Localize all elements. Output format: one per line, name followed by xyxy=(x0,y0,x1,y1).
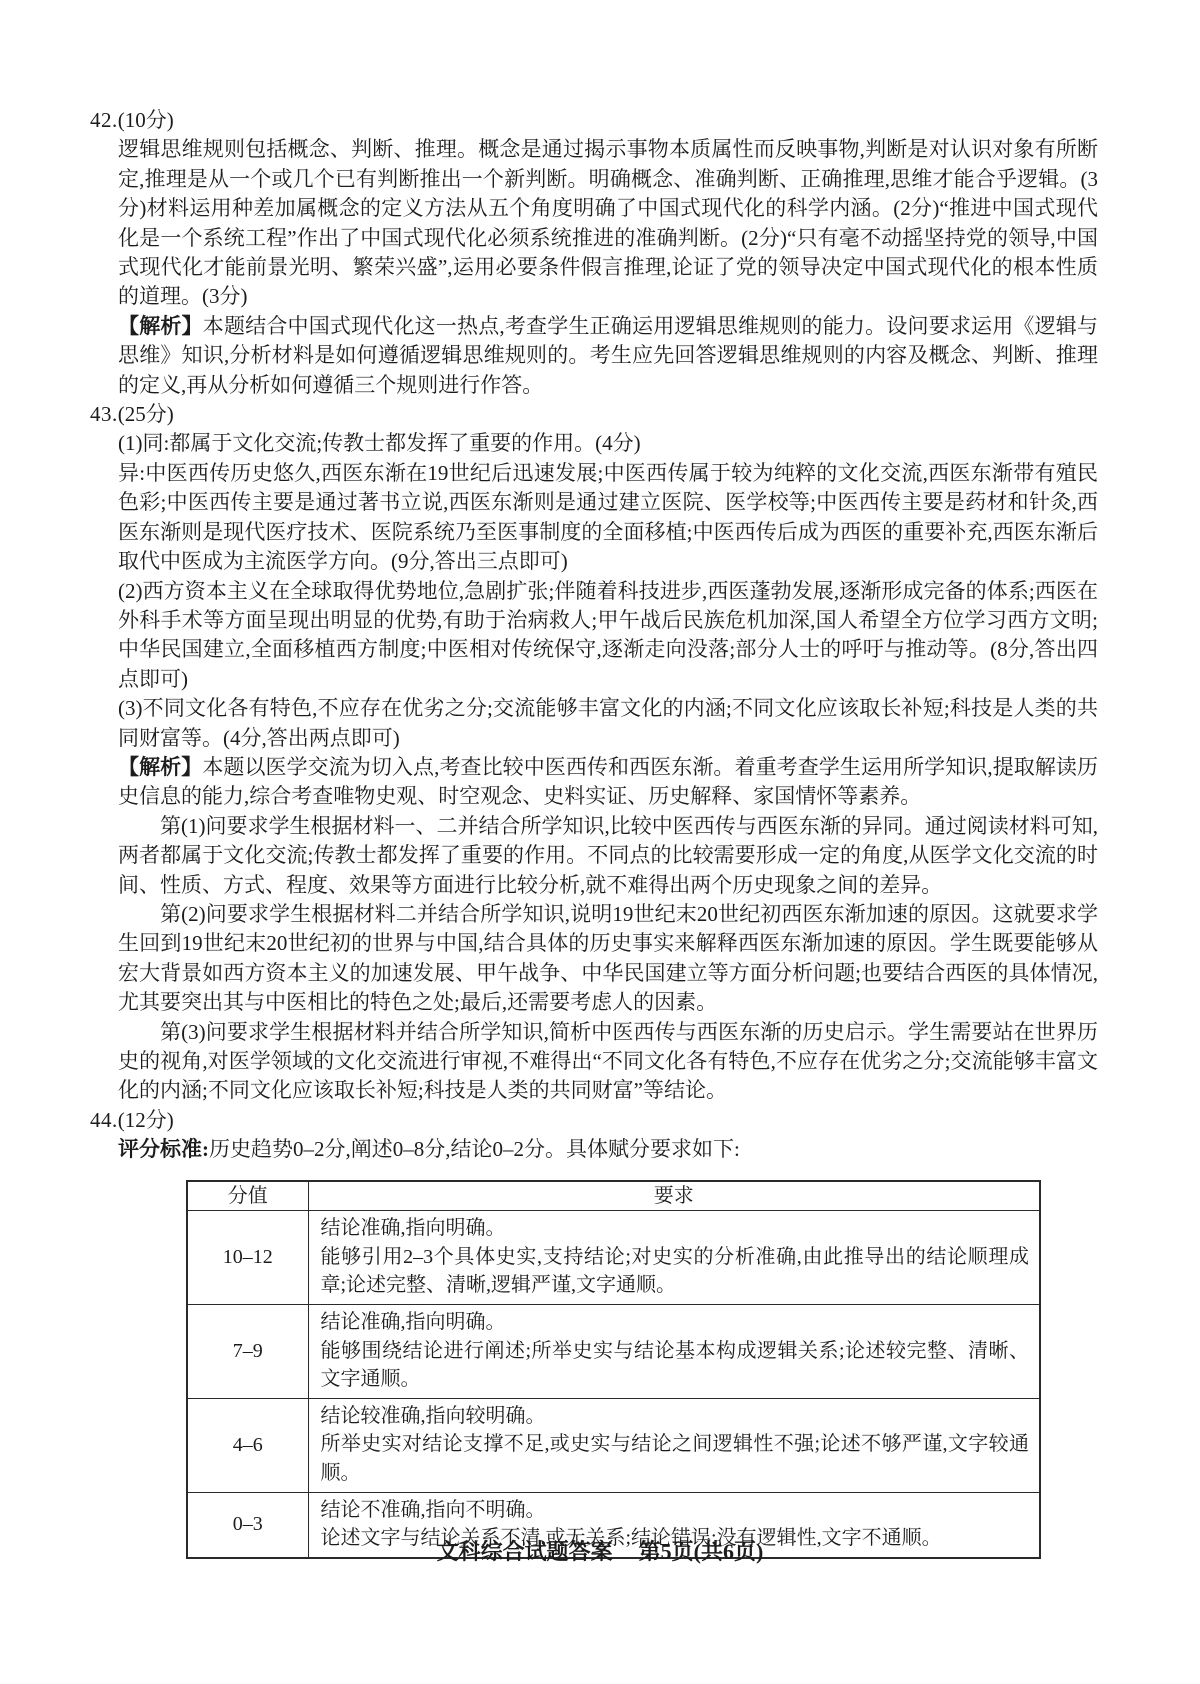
requirement-line: 能够围绕结论进行阐述;所举史实与结论基本构成逻辑关系;论述较完整、清晰、文字通顺… xyxy=(321,1337,1030,1394)
paragraph: 第(3)问要求学生根据材料并结合所学知识,简析中医西传与西医东渐的历史启示。学生… xyxy=(118,1018,1098,1106)
question-44-header: 44.(12分) xyxy=(90,1106,1098,1135)
question-44-section: 44.(12分) 评分标准:历史趋势0–2分,阐述0–8分,结论0–2分。具体赋… xyxy=(118,1106,1098,1559)
rubric-row: 4–6结论较准确,指向较明确。所举史实对结论支撑不足,或史实与结论之间逻辑性不强… xyxy=(187,1398,1040,1492)
answers-content: 42.(10分) 逻辑思维规则包括概念、判断、推理。概念是通过揭示事物本质属性而… xyxy=(0,0,1200,1559)
question-43-header: 43.(25分) xyxy=(90,400,1098,429)
question-42-paragraphs: 逻辑思维规则包括概念、判断、推理。概念是通过揭示事物本质属性而反映事物,判断是对… xyxy=(118,135,1098,400)
question-43-paragraphs: (1)同:都属于文化交流;传教士都发挥了重要的作用。(4分)异:中医西传历史悠久… xyxy=(118,429,1098,1105)
footer-document-title: 文科综合试题答案 xyxy=(437,1539,613,1564)
paragraph: 【解析】本题结合中国式现代化这一热点,考查学生正确运用逻辑思维规则的能力。设问要… xyxy=(118,312,1098,400)
page-footer: 文科综合试题答案第5页(共6页) xyxy=(0,1537,1200,1567)
rubric-row: 7–9结论准确,指向明确。能够围绕结论进行阐述;所举史实与结论基本构成逻辑关系;… xyxy=(187,1305,1040,1399)
question-number: 44. xyxy=(90,1108,118,1132)
requirement-cell: 结论较准确,指向较明确。所举史实对结论支撑不足,或史实与结论之间逻辑性不强;论述… xyxy=(308,1398,1040,1492)
question-44-paragraphs: 评分标准:历史趋势0–2分,阐述0–8分,结论0–2分。具体赋分要求如下: xyxy=(118,1135,1098,1164)
requirement-line: 结论不准确,指向不明确。 xyxy=(321,1496,1030,1525)
bold-label: 【解析】 xyxy=(118,314,203,338)
question-43-section: 43.(25分) (1)同:都属于文化交流;传教士都发挥了重要的作用。(4分)异… xyxy=(118,400,1098,1106)
question-points: (12分) xyxy=(118,1108,174,1132)
requirement-line: 结论准确,指向明确。 xyxy=(321,1308,1030,1337)
question-42-section: 42.(10分) 逻辑思维规则包括概念、判断、推理。概念是通过揭示事物本质属性而… xyxy=(118,106,1098,400)
paragraph: 评分标准:历史趋势0–2分,阐述0–8分,结论0–2分。具体赋分要求如下: xyxy=(118,1135,1098,1164)
score-cell: 7–9 xyxy=(187,1305,308,1399)
requirement-line: 所举史实对结论支撑不足,或史实与结论之间逻辑性不强;论述不够严谨,文字较通顺。 xyxy=(321,1430,1030,1487)
requirement-line: 能够引用2–3个具体史实,支持结论;对史实的分析准确,由此推导出的结论顺理成章;… xyxy=(321,1243,1030,1300)
question-points: (10分) xyxy=(118,108,174,132)
exam-answer-page: 42.(10分) 逻辑思维规则包括概念、判断、推理。概念是通过揭示事物本质属性而… xyxy=(0,0,1200,1684)
requirement-cell: 结论准确,指向明确。能够围绕结论进行阐述;所举史实与结论基本构成逻辑关系;论述较… xyxy=(308,1305,1040,1399)
paragraph: (2)西方资本主义在全球取得优势地位,急剧扩张;伴随着科技进步,西医蓬勃发展,逐… xyxy=(118,577,1098,695)
requirement-line: 结论较准确,指向较明确。 xyxy=(321,1402,1030,1431)
paragraph: 逻辑思维规则包括概念、判断、推理。概念是通过揭示事物本质属性而反映事物,判断是对… xyxy=(118,135,1098,311)
requirement-column-header: 要求 xyxy=(308,1181,1040,1211)
score-cell: 4–6 xyxy=(187,1398,308,1492)
paragraph: 【解析】本题以医学交流为切入点,考查比较中医西传和西医东渐。着重考查学生运用所学… xyxy=(118,753,1098,812)
paragraph: (1)同:都属于文化交流;传教士都发挥了重要的作用。(4分) xyxy=(118,429,1098,458)
paragraph: 第(2)问要求学生根据材料二并结合所学知识,说明19世纪末20世纪初西医东渐加速… xyxy=(118,900,1098,1018)
score-column-header: 分值 xyxy=(187,1181,308,1211)
paragraph: 异:中医西传历史悠久,西医东渐在19世纪后迅速发展;中医西传属于较为纯粹的文化交… xyxy=(118,459,1098,577)
bold-label: 评分标准: xyxy=(118,1137,209,1161)
bold-label: 【解析】 xyxy=(118,755,202,779)
score-cell: 10–12 xyxy=(187,1211,308,1305)
rubric-table-body: 10–12结论准确,指向明确。能够引用2–3个具体史实,支持结论;对史实的分析准… xyxy=(187,1211,1040,1558)
rubric-header-row: 分值 要求 xyxy=(187,1181,1040,1211)
requirement-cell: 结论准确,指向明确。能够引用2–3个具体史实,支持结论;对史实的分析准确,由此推… xyxy=(308,1211,1040,1305)
paragraph: (3)不同文化各有特色,不应存在优劣之分;交流能够丰富文化的内涵;不同文化应该取… xyxy=(118,694,1098,753)
rubric-row: 10–12结论准确,指向明确。能够引用2–3个具体史实,支持结论;对史实的分析准… xyxy=(187,1211,1040,1305)
scoring-rubric-table: 分值 要求 10–12结论准确,指向明确。能够引用2–3个具体史实,支持结论;对… xyxy=(186,1180,1041,1559)
paragraph: 第(1)问要求学生根据材料一、二并结合所学知识,比较中医西传与西医东渐的异同。通… xyxy=(118,812,1098,900)
question-42-header: 42.(10分) xyxy=(90,106,1098,135)
question-number: 42. xyxy=(90,108,118,132)
requirement-line: 结论准确,指向明确。 xyxy=(321,1214,1030,1243)
rubric-table-head: 分值 要求 xyxy=(187,1181,1040,1211)
question-number: 43. xyxy=(90,402,118,426)
question-points: (25分) xyxy=(118,402,174,426)
footer-page-number: 第5页(共6页) xyxy=(639,1539,764,1564)
